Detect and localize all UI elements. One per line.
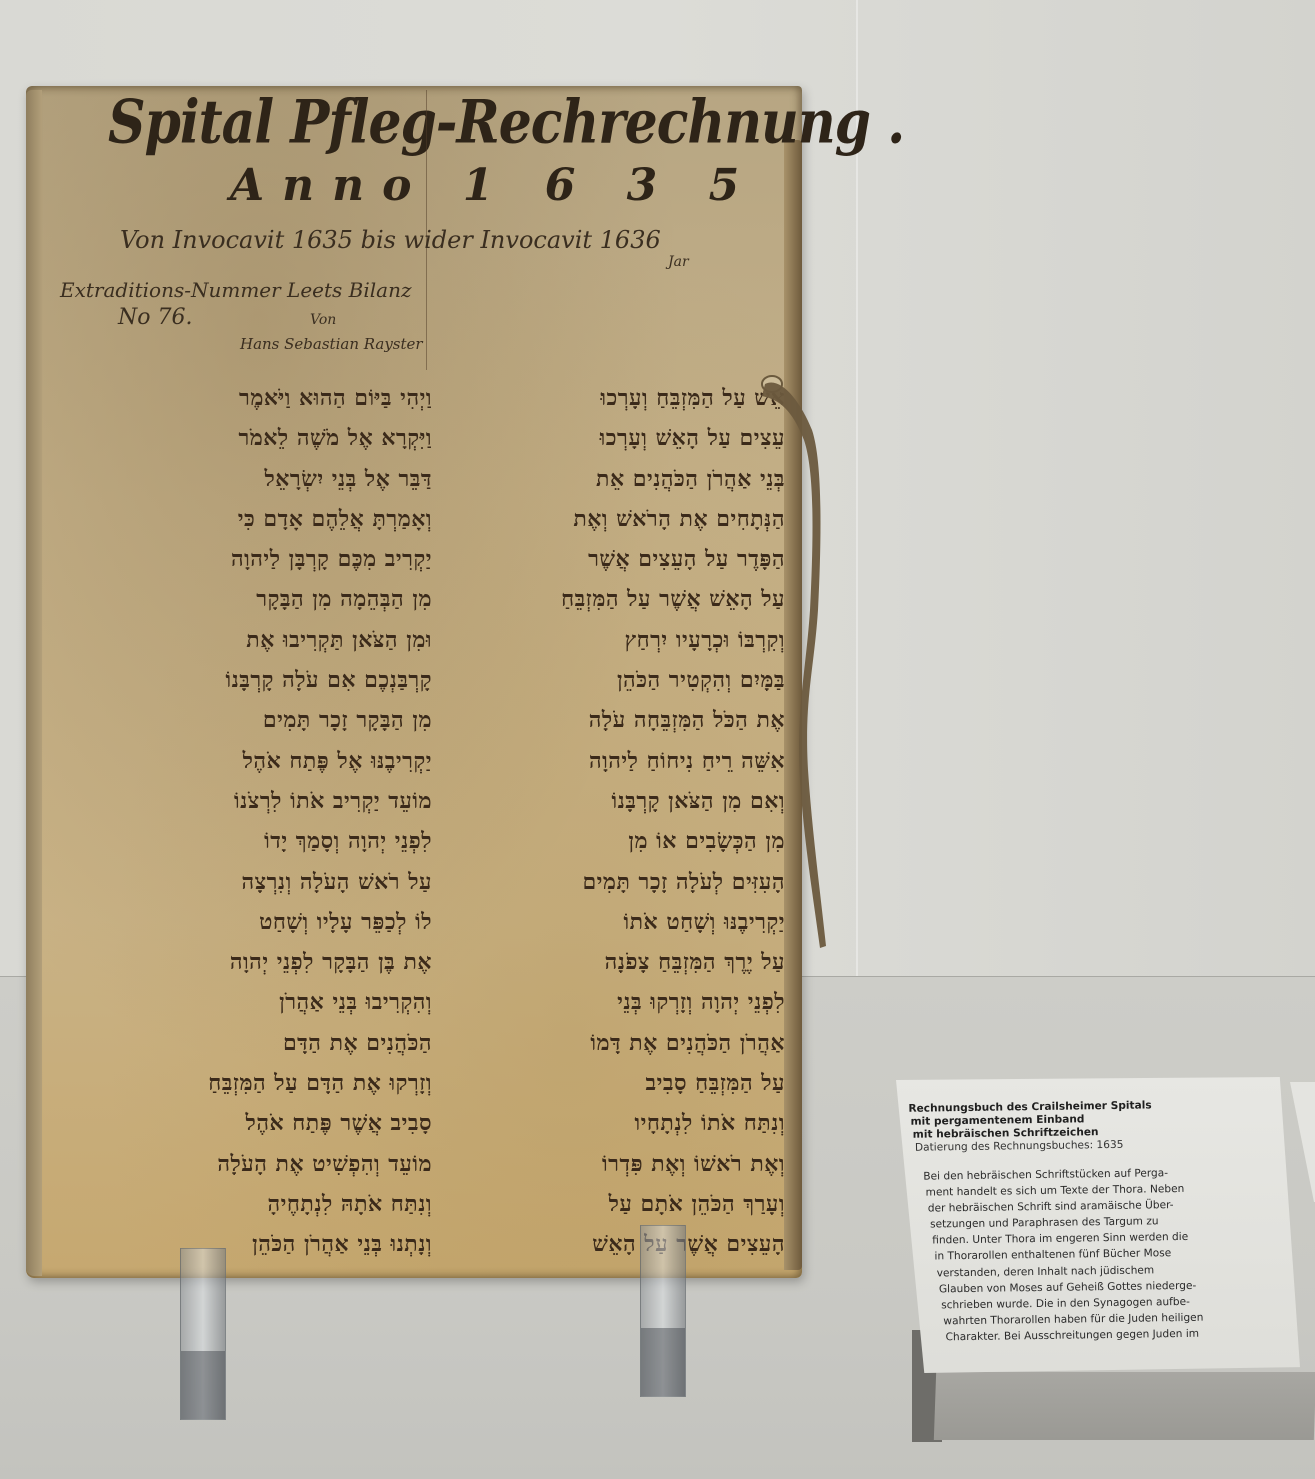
- handwritten-note: Jar: [668, 254, 689, 270]
- hebrew-line: לִפְנֵי יְהוָה וְסָמַךְ יָדוֹ: [132, 821, 432, 861]
- hebrew-line: הַנְּתָחִים אֶת הָרֹאשׁ וְאֶת: [490, 499, 785, 539]
- label-title: Rechnungsbuch des Crailsheimer Spitals m…: [908, 1097, 1309, 1142]
- hebrew-line: עַל הָאֵשׁ אֲשֶׁר עַל הַמִּזְבֵּחַ: [490, 579, 785, 619]
- book-cover-title: Spital Pfleg-Rechrechnung .: [108, 87, 748, 157]
- hebrew-line: אֶת הַכֹּל הַמִּזְבֵּחָה עֹלָה: [490, 700, 785, 740]
- hebrew-line: הַפָּדֶר עַל הָעֵצִים אֲשֶׁר: [490, 539, 785, 579]
- hebrew-line: לִפְנֵי יְהוָה וְזָרְקוּ בְּנֵי: [490, 982, 785, 1022]
- hebrew-line: סָבִיב אֲשֶׁר פֶּתַח אֹהֶל: [132, 1103, 432, 1143]
- hebrew-line: וַיְהִי בַּיּוֹם הַהוּא וַיֹּאמֶר: [132, 378, 432, 418]
- hebrew-line: קָרְבַּנְכֶם אִם עֹלָה קָרְבָּנוֹ: [132, 660, 432, 700]
- hebrew-line: יַקְרִיבֶנּוּ וְשָׁחַט אֹתוֹ: [490, 902, 785, 942]
- hebrew-line: הַכֹּהֲנִים אֶת הַדָּם: [132, 1023, 432, 1063]
- hebrew-line: וְאֶת רֹאשׁוֹ וְאֶת פִּדְרוֹ: [490, 1144, 785, 1184]
- hebrew-line: וְאָמַרְתָּ אֲלֵהֶם אָדָם כִּי: [132, 499, 432, 539]
- handwritten-note: Hans Sebastian Rayster: [240, 335, 423, 353]
- label-body: Bei den hebräischen Schriftstücken auf P…: [909, 1163, 1311, 1346]
- hebrew-line: וְנָתְנוּ בְּנֵי אַהֲרֹן הַכֹּהֵן: [132, 1224, 432, 1264]
- hebrew-line: וַיִּקְרָא אֶל מֹשֶׁה לֵאמֹר: [132, 418, 432, 458]
- hebrew-line: אֶת בֶּן הַבָּקָר לִפְנֵי יְהוָה: [132, 942, 432, 982]
- hebrew-line: בְּנֵי אַהֲרֹן הַכֹּהֲנִים אֵת: [490, 459, 785, 499]
- leather-tie-strap: [760, 370, 830, 950]
- hebrew-line: וְנִתַּח אֹתוֹ לִנְתָחָיו: [490, 1103, 785, 1143]
- hebrew-line: וּמִן הַצֹּאן תַּקְרִיבוּ אֶת: [132, 620, 432, 660]
- hebrew-line: מִן הַכְּשָׂבִים אוֹ מִן: [490, 821, 785, 861]
- handwritten-note: Von Invocavit 1635 bis wider Invocavit 1…: [120, 226, 661, 254]
- hebrew-line: מוֹעֵד יַקְרִיב אֹתוֹ לִרְצֹנוֹ: [132, 781, 432, 821]
- hebrew-line: וְקִרְבּוֹ וּכְרָעָיו יִרְחַץ: [490, 620, 785, 660]
- hebrew-line: הָעֵצִים אֲשֶׁר עַל הָאֵשׁ: [490, 1224, 785, 1264]
- hebrew-line: אִשֵּׁה רֵיחַ נִיחוֹחַ לַיהוָה: [490, 741, 785, 781]
- hebrew-line: עַל הַמִּזְבֵּחַ סָבִיב: [490, 1063, 785, 1103]
- acrylic-book-stand-right: [640, 1225, 686, 1397]
- book-cover-year: Anno 1 6 3 5: [230, 160, 757, 211]
- hebrew-line: עַל יֶרֶךְ הַמִּזְבֵּחַ צָפֹנָה: [490, 942, 785, 982]
- hebrew-line: עַל רֹאשׁ הָעֹלָה וְנִרְצָה: [132, 862, 432, 902]
- exhibit-label-text: Rechnungsbuch des Crailsheimer Spitals m…: [908, 1097, 1311, 1346]
- hebrew-line: אַהֲרֹן הַכֹּהֲנִים אֶת דָּמוֹ: [490, 1023, 785, 1063]
- hebrew-line: מִן הַבָּקָר זָכָר תָּמִים: [132, 700, 432, 740]
- handwritten-note: No 76.: [118, 305, 192, 330]
- acrylic-book-stand-left: [180, 1248, 226, 1420]
- hebrew-line: עֵצִים עַל הָאֵשׁ וְעָרְכוּ: [490, 418, 785, 458]
- label-stand-base: [934, 1372, 1315, 1440]
- hebrew-line: הָעִזִּים לְעֹלָה זָכָר תָּמִים: [490, 862, 785, 902]
- hebrew-line: וְעָרַךְ הַכֹּהֵן אֹתָם עַל: [490, 1184, 785, 1224]
- hebrew-text-column-left: וַיְהִי בַּיּוֹם הַהוּא וַיֹּאמֶר וַיִּק…: [132, 378, 432, 1265]
- handwritten-note: Extraditions-Nummer Leets Bilanz: [60, 278, 411, 302]
- hebrew-line: מוֹעֵד וְהִפְשִׁיט אֶת הָעֹלָה: [132, 1144, 432, 1184]
- hebrew-line: יַקְרִיב מִכֶּם קָרְבָּן לַיהוָה: [132, 539, 432, 579]
- hebrew-line: וְהִקְרִיבוּ בְּנֵי אַהֲרֹן: [132, 982, 432, 1022]
- hebrew-line: וְאִם מִן הַצֹּאן קָרְבָּנוֹ: [490, 781, 785, 821]
- hebrew-line: וְזָרְקוּ אֶת הַדָּם עַל הַמִּזְבֵּחַ: [132, 1063, 432, 1103]
- hebrew-line: לוֹ לְכַפֵּר עָלָיו וְשָׁחַט: [132, 902, 432, 942]
- book-spine: [26, 90, 42, 1276]
- hebrew-line: וְנִתַּח אֹתָהּ לִנְתָחֶיהָ: [132, 1184, 432, 1224]
- handwritten-note: Von: [310, 312, 336, 328]
- hebrew-line: יַקְרִיבֶנּוּ אֶל פֶּתַח אֹהֶל: [132, 741, 432, 781]
- hebrew-text-column-right: אֵשׁ עַל הַמִּזְבֵּחַ וְעָרְכוּ עֵצִים ע…: [490, 378, 785, 1265]
- hebrew-line: אֵשׁ עַל הַמִּזְבֵּחַ וְעָרְכוּ: [490, 378, 785, 418]
- hebrew-line: דַּבֵּר אֶל בְּנֵי יִשְׂרָאֵל: [132, 459, 432, 499]
- hebrew-line: בַּמָּיִם וְהִקְטִיר הַכֹּהֵן: [490, 660, 785, 700]
- hebrew-line: מִן הַבְּהֵמָה מִן הַבָּקָר: [132, 579, 432, 619]
